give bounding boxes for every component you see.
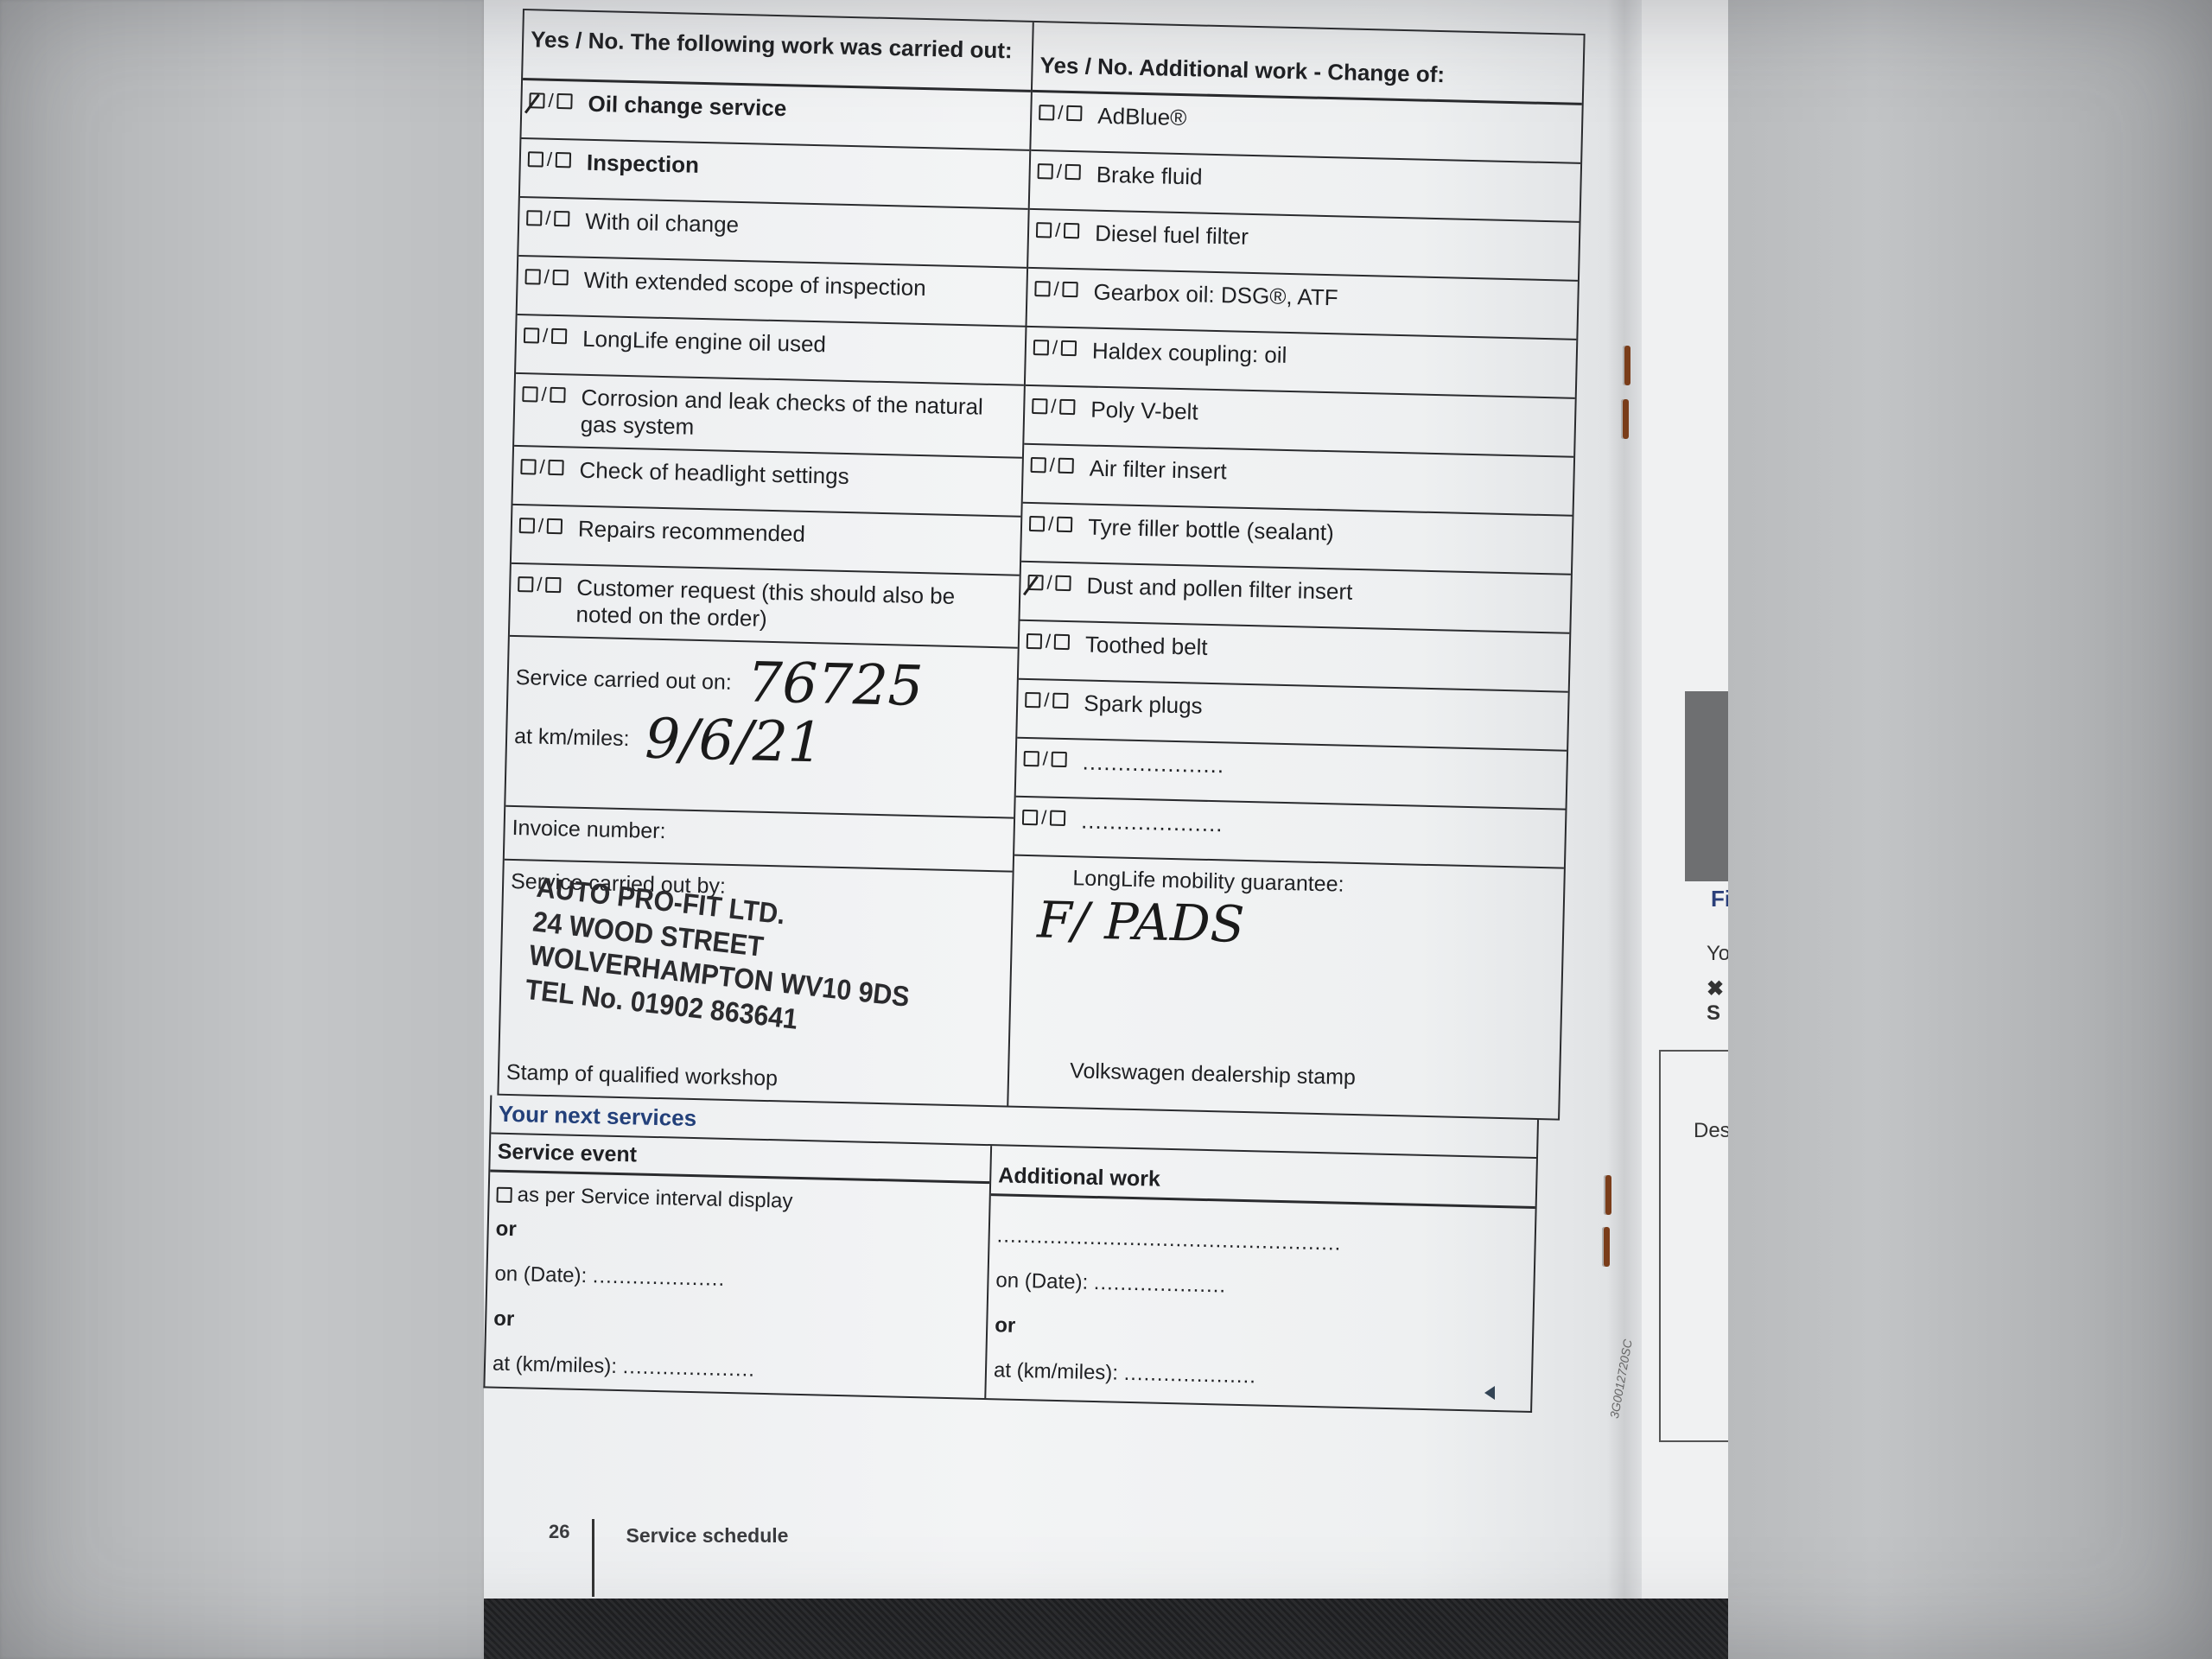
item-label: Tyre filler bottle (sealant) (1088, 514, 1334, 547)
page-turn-arrow-icon (1484, 1386, 1495, 1400)
work-item-row: /Corrosion and leak checks of the natura… (514, 374, 1024, 459)
slash-separator: / (547, 149, 553, 171)
slash-separator: / (538, 515, 544, 537)
service-event-column: Service event as per Service interval di… (485, 1134, 992, 1398)
yes-checkbox[interactable] (524, 327, 539, 343)
yes-no-checkbox-pair: / (1034, 277, 1078, 301)
work-item-row: /Customer request (this should also be n… (510, 564, 1020, 649)
staple (1604, 1175, 1611, 1215)
yes-no-checkbox-pair: / (518, 573, 562, 596)
work-carried-out-header: Yes / No. The following work was carried… (523, 10, 1033, 92)
service-carried-out-on-value[interactable]: 76725 (747, 651, 924, 719)
no-checkbox[interactable] (548, 460, 563, 475)
guarantee-value[interactable]: F/ PADS (1037, 890, 1246, 954)
slash-separator: / (548, 90, 554, 112)
work-carried-out-column: Yes / No. The following work was carried… (499, 10, 1033, 1106)
yes-no-checkbox-pair: / (524, 324, 568, 347)
item-label: LongLife engine oil used (582, 326, 827, 359)
next-km-field[interactable]: .................... (622, 1355, 755, 1382)
facing-page-text: Desc (1694, 1119, 1728, 1143)
slash-separator: / (543, 266, 550, 289)
yes-no-checkbox-pair: / (1025, 689, 1069, 712)
item-label: Corrosion and leak checks of the natural… (580, 385, 1016, 448)
yes-no-checkbox-pair: / (529, 89, 573, 112)
facing-page-figure (1685, 691, 1728, 881)
item-label: Spark plugs (1084, 690, 1203, 720)
slash-separator: / (1046, 630, 1052, 652)
item-label: Haldex coupling: oil (1092, 338, 1287, 369)
workshop-stamp: AUTO PRO-FIT LTD. 24 WOOD STREET WOLVERH… (524, 870, 918, 1048)
no-checkbox[interactable] (554, 211, 569, 226)
staple (1621, 399, 1629, 439)
item-label: Diesel fuel filter (1095, 220, 1249, 251)
stamp-caption: Stamp of qualified workshop (506, 1060, 779, 1091)
item-label: Dust and pollen filter insert (1086, 573, 1352, 606)
next-km-label: at (km/miles): (493, 1352, 618, 1378)
interval-display-checkbox[interactable] (496, 1187, 512, 1203)
staple (1602, 1227, 1610, 1267)
yes-checkbox[interactable] (522, 386, 537, 402)
slash-separator: / (1051, 396, 1057, 418)
yes-checkbox[interactable] (1027, 575, 1043, 590)
yes-no-checkbox-pair: / (1039, 101, 1083, 124)
yes-checkbox[interactable] (528, 151, 543, 167)
item-label: Air filter insert (1089, 455, 1227, 486)
slash-separator: / (1058, 102, 1064, 124)
footer-divider (592, 1519, 594, 1597)
yes-no-checkbox-pair: / (1029, 512, 1073, 536)
no-checkbox[interactable] (1065, 164, 1081, 180)
no-checkbox[interactable] (1061, 340, 1077, 356)
or-label: or (493, 1307, 515, 1332)
invoice-number-label: Invoice number: (512, 816, 666, 844)
additional-work-column: Yes / No. Additional work - Change of: /… (1008, 22, 1583, 1119)
background-right (1728, 0, 2212, 1659)
slash-separator: / (1052, 337, 1058, 359)
or-label: or (495, 1217, 517, 1242)
next-date-label: on (Date): (494, 1262, 587, 1288)
work-table: Yes / No. The following work was carried… (497, 9, 1585, 1121)
no-checkbox[interactable] (1052, 752, 1067, 767)
additional-work-header: Yes / No. Additional work - Change of: (1033, 22, 1584, 105)
yes-checkbox[interactable] (1029, 516, 1045, 531)
slash-separator: / (1056, 161, 1062, 183)
slash-separator: / (537, 574, 543, 596)
no-checkbox[interactable] (1055, 575, 1071, 591)
background-left (0, 0, 484, 1659)
slash-separator: / (1049, 454, 1055, 477)
item-label: With extended scope of inspection (583, 267, 926, 302)
no-checkbox[interactable] (556, 152, 571, 168)
additional-km-label: at (km/miles): (994, 1358, 1119, 1384)
no-checkbox[interactable] (551, 328, 567, 344)
yes-no-checkbox-pair: / (1033, 336, 1077, 359)
facing-page-table (1659, 1050, 1728, 1442)
item-label: .................... (1081, 807, 1224, 837)
yes-no-checkbox-pair: / (1022, 806, 1066, 829)
yes-checkbox[interactable] (1022, 810, 1038, 825)
item-label: With oil change (585, 208, 739, 238)
yes-checkbox[interactable] (529, 92, 544, 108)
yes-checkbox[interactable] (1025, 692, 1040, 708)
item-label: Oil change service (588, 91, 786, 122)
no-checkbox[interactable] (1057, 517, 1072, 532)
additional-km-field[interactable]: .................... (1123, 1362, 1256, 1389)
facing-page-fig-label: Fig (1711, 886, 1728, 912)
no-checkbox[interactable] (1052, 693, 1068, 709)
no-checkbox[interactable] (1064, 223, 1079, 238)
no-checkbox[interactable] (1059, 399, 1075, 415)
service-date-mileage-block: Service carried out on: 76725 at km/mile… (505, 637, 1017, 819)
item-label: Brake fluid (1096, 162, 1203, 191)
facing-page-text: Yo (1707, 942, 1728, 966)
yes-checkbox[interactable] (518, 576, 533, 592)
slash-separator: / (539, 456, 545, 479)
yes-no-checkbox-pair: / (528, 148, 572, 171)
yes-checkbox[interactable] (1033, 340, 1049, 355)
no-checkbox[interactable] (547, 518, 563, 534)
yes-no-checkbox-pair: / (519, 514, 563, 537)
slash-separator: / (1055, 219, 1061, 242)
facing-page-text: ✖ S (1707, 976, 1728, 1026)
yes-checkbox[interactable] (1039, 105, 1054, 120)
km-miles-value[interactable]: 9/6/21 (645, 708, 824, 776)
item-label: Repairs recommended (578, 516, 806, 548)
workshop-stamp-block: Service carried out by: AUTO PRO-FIT LTD… (499, 861, 1012, 1106)
page-footer: 26 Service schedule (549, 1521, 788, 1597)
guarantee-block: LongLife mobility guarantee: F/ PADS Vol… (1009, 856, 1564, 1103)
additional-date-field[interactable]: .................... (1094, 1271, 1227, 1298)
no-checkbox[interactable] (553, 270, 569, 285)
yes-checkbox[interactable] (1027, 633, 1042, 649)
item-label: Poly V-belt (1090, 397, 1198, 426)
yes-no-checkbox-pair: / (524, 265, 569, 289)
next-date-field[interactable]: .................... (593, 1264, 726, 1291)
page-number: 26 (549, 1521, 569, 1543)
yes-no-checkbox-pair: / (1037, 160, 1081, 183)
staple (1623, 346, 1630, 385)
yes-checkbox[interactable] (519, 518, 535, 533)
additional-work-field[interactable]: ........................................… (996, 1224, 1341, 1255)
no-checkbox[interactable] (550, 387, 565, 403)
yes-checkbox[interactable] (526, 210, 542, 226)
yes-checkbox[interactable] (1036, 222, 1052, 238)
slash-separator: / (545, 207, 551, 230)
fabric-surface (484, 1599, 1728, 1659)
dealer-stamp-caption: Volkswagen dealership stamp (1070, 1058, 1356, 1090)
yes-checkbox[interactable] (1034, 281, 1050, 296)
item-label: Check of headlight settings (579, 457, 849, 490)
yes-no-checkbox-pair: / (522, 383, 566, 406)
yes-no-checkbox-pair: / (1036, 219, 1080, 242)
yes-checkbox[interactable] (524, 269, 540, 284)
interval-display-label: as per Service interval display (517, 1183, 792, 1214)
service-carried-out-on-label: Service carried out on: (515, 665, 732, 696)
slash-separator: / (1044, 689, 1050, 711)
yes-no-checkbox-pair: / (1030, 454, 1074, 477)
item-label: Inspection (587, 149, 700, 179)
additional-work-next-column: Additional work ........................… (986, 1146, 1536, 1411)
slash-separator: / (543, 325, 549, 347)
slash-separator: / (541, 384, 547, 406)
no-checkbox[interactable] (1054, 634, 1070, 650)
no-checkbox[interactable] (1058, 458, 1074, 474)
no-checkbox[interactable] (1066, 105, 1082, 121)
yes-checkbox[interactable] (1024, 751, 1039, 766)
service-record-form: Yes / No. The following work was carried… (490, 9, 1585, 1414)
item-label: AdBlue® (1097, 103, 1187, 131)
yes-no-checkbox-pair: / (520, 455, 564, 479)
slash-separator: / (1041, 806, 1047, 829)
slash-separator: / (1048, 512, 1054, 535)
slash-separator: / (1053, 278, 1059, 301)
slash-separator: / (1042, 747, 1048, 770)
item-label: Customer request (this should also be no… (575, 575, 1012, 639)
yes-checkbox[interactable] (1031, 457, 1046, 473)
yes-no-checkbox-pair: / (1027, 571, 1071, 594)
additional-date-label: on (Date): (995, 1268, 1088, 1294)
yes-no-checkbox-pair: / (1032, 395, 1076, 418)
yes-checkbox[interactable] (1038, 163, 1053, 179)
yes-checkbox[interactable] (520, 459, 536, 474)
no-checkbox[interactable] (545, 577, 561, 593)
yes-no-checkbox-pair: / (1023, 747, 1067, 771)
no-checkbox[interactable] (556, 93, 572, 109)
yes-no-checkbox-pair: / (1027, 630, 1071, 653)
item-label: Toothed belt (1085, 632, 1208, 661)
yes-no-checkbox-pair: / (526, 207, 570, 230)
km-miles-label: at km/miles: (514, 724, 630, 752)
item-label: .................... (1082, 749, 1224, 779)
slash-separator: / (1046, 571, 1052, 594)
additional-work-next-header: Additional work (991, 1158, 1536, 1209)
or-label: or (995, 1313, 1016, 1338)
yes-checkbox[interactable] (1032, 398, 1047, 414)
no-checkbox[interactable] (1050, 810, 1065, 826)
page-title: Service schedule (626, 1524, 788, 1548)
item-label: Gearbox oil: DSG®, ATF (1093, 279, 1338, 312)
no-checkbox[interactable] (1062, 282, 1077, 297)
next-services-table: Your next services Service event as per … (483, 1095, 1539, 1413)
